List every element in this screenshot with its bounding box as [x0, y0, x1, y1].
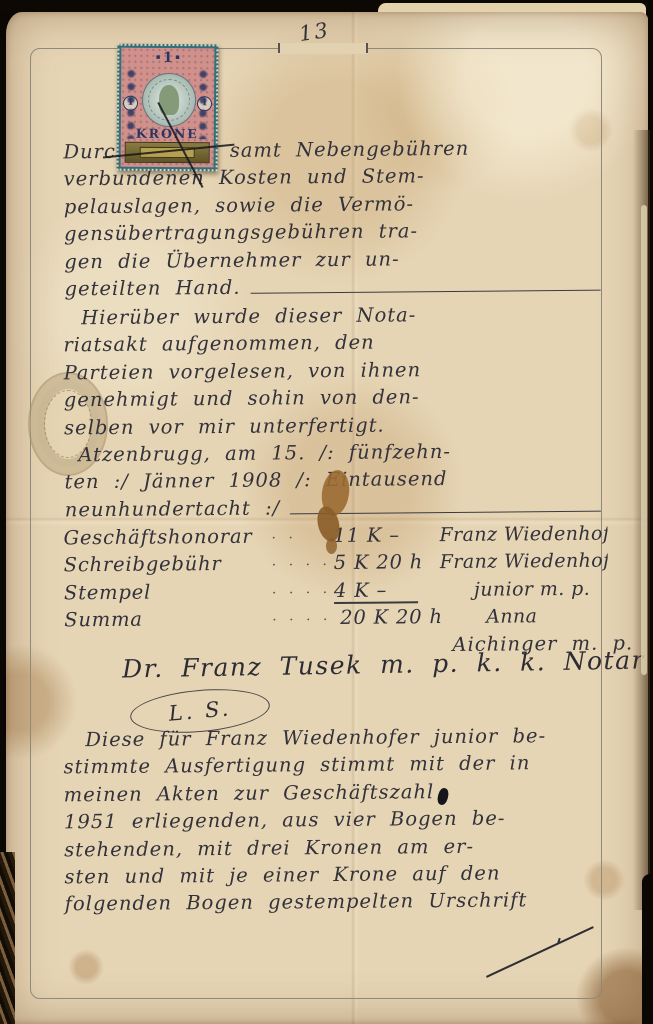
- manuscript-line: geteilten Hand.: [64, 276, 240, 301]
- stamp-ornament-column-right: [196, 68, 211, 139]
- notarial-deed-scan: 13 Durchführung samt Nebengebühren verbu…: [0, 0, 653, 1024]
- manuscript-line: Diese für Franz Wiedenhofer junior be-: [85, 724, 546, 751]
- party-signature: Anna: [446, 605, 608, 628]
- party-signature: junior m. p.: [440, 577, 608, 600]
- manuscript-paragraph-certification: Diese für Franz Wiedenhofer junior be- s…: [63, 724, 607, 920]
- fee-label: Schreibgebühr: [64, 552, 272, 577]
- manuscript-line: gensübertragungsgebühren tra-: [64, 219, 418, 245]
- wax-stain: [326, 538, 337, 554]
- page-number: 13: [297, 18, 331, 46]
- manuscript-line: pelauslagen, sowie die Vermö-: [64, 192, 414, 218]
- stamp-denomination: 1: [121, 50, 214, 67]
- ink-rule: [251, 290, 601, 294]
- fee-amount: 20 K 20 h: [334, 605, 446, 629]
- manuscript-line: selben vor mir unterfertigt.: [64, 413, 385, 439]
- manuscript-line: riatsakt aufgenommen, den: [63, 331, 374, 357]
- manuscript-line: Hierüber wurde dieser Nota-: [81, 303, 416, 329]
- fee-label: Stempel: [64, 579, 272, 604]
- manuscript-line: sten und mit je einer Krone auf den: [64, 862, 500, 889]
- seal-abbreviation: L. S.: [168, 696, 232, 725]
- dotted-leader: · · · ·: [272, 557, 334, 574]
- manuscript-line: gen die Übernehmer zur un-: [64, 247, 399, 273]
- document-page: 13 Durchführung samt Nebengebühren verbu…: [6, 12, 649, 1024]
- manuscript-line: folgenden Bogen gestempelten Urschrift: [65, 889, 528, 916]
- manuscript-line: Atzenbrugg, am 15. /: fünfzehn-: [78, 440, 451, 466]
- stamp-ornament-column-left: [124, 68, 139, 139]
- party-signature: Franz Wiedenhofer: [440, 550, 608, 573]
- fee-label: Summa: [64, 607, 272, 632]
- fee-amount: 4 K –: [334, 578, 418, 604]
- manuscript-line: genehmigt und sohin von den-: [64, 385, 420, 411]
- fee-amount: 5 K 20 h: [334, 550, 440, 574]
- manuscript-line: ten :/ Jänner 1908 /: Eintausend: [64, 467, 447, 493]
- booklet-page-edges: [0, 852, 15, 1024]
- dotted-leader: · · · · ·: [272, 585, 334, 602]
- manuscript-line: Parteien vorgelesen, von ihnen: [64, 358, 422, 384]
- manuscript-line: stimmte Ausfertigung stimmt mit der in: [63, 752, 530, 779]
- page-number-gap: [278, 43, 368, 54]
- manuscript-line: neunhundertacht :/: [65, 496, 281, 521]
- next-page-edge: [641, 205, 647, 675]
- scan-backdrop-corner: [642, 874, 653, 1024]
- manuscript-line: 1951 erliegenden, aus vier Bogen be-: [64, 807, 506, 834]
- party-signature: Franz Wiedenhofer: [439, 523, 607, 546]
- fee-amount: 11 K –: [333, 523, 439, 547]
- emperor-portrait-medallion: [142, 73, 196, 127]
- fee-label: Geschäftshonorar: [63, 525, 271, 550]
- rule-tick-right: [366, 43, 368, 53]
- revenue-stamp: 1 1 1 KRONE: [117, 44, 219, 172]
- rule-tick-left: [278, 43, 280, 53]
- manuscript-line: meinen Akten zur Geschäftszahl: [64, 780, 435, 806]
- dotted-leader: · · · · ·: [272, 612, 334, 629]
- manuscript-line: stehenden, mit drei Kronen am er-: [64, 834, 474, 861]
